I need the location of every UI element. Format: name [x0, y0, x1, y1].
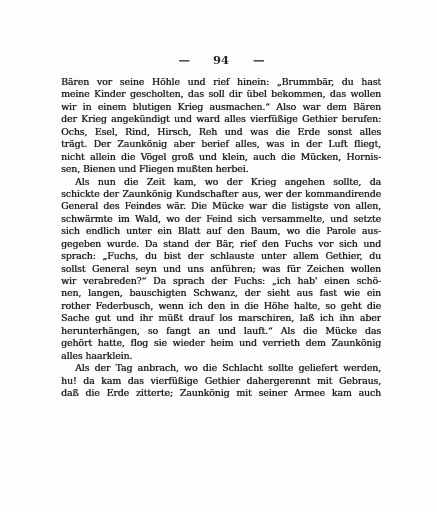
- text-line: schickte der Zaunkönig Kundschafter aus,…: [61, 189, 381, 201]
- text-line: meine Kinder gescholten, das soll dir üb…: [61, 89, 381, 101]
- text-line: gegeben wurde. Da stand der Bär, rief de…: [61, 239, 381, 251]
- text-line: Bären vor seine Höhle und rief hinein: „…: [61, 77, 381, 89]
- text-line: schwärmte im Wald, wo der Feind sich ver…: [61, 214, 381, 226]
- header-rule-right: —: [253, 53, 264, 67]
- text-line: General des Feindes wär. Die Mücke war d…: [61, 201, 381, 213]
- text-line paragraph-start: Als der Tag anbrach, wo die Schlacht sol…: [61, 363, 381, 375]
- text-line: hu! da kam das vierfüßige Gethier daherg…: [61, 376, 381, 388]
- text-line: wir verabreden?“ Da sprach der Fuchs: „i…: [61, 276, 381, 288]
- text-line: sich endlich unter ein Blatt auf den Bau…: [61, 226, 381, 238]
- text-line: daß die Erde zitterte; Zaunkönig mit sei…: [61, 388, 381, 400]
- text-line: nicht allein die Vögel groß und klein, a…: [61, 152, 381, 164]
- text-line: sollst General seyn und uns anführen; wa…: [61, 264, 381, 276]
- body-text: Bären vor seine Höhle und rief hinein: „…: [61, 77, 381, 400]
- header-rule-left: —: [178, 53, 189, 67]
- text-line: rother Federbusch, wenn ich den in die H…: [61, 301, 381, 313]
- text-line: nen, langen, bauschigten Schwanz, der si…: [61, 288, 381, 300]
- text-line: herunterhängen, so fangt an und lauft.“ …: [61, 326, 381, 338]
- text-line: der Krieg angekündigt und ward alles vie…: [61, 114, 381, 126]
- text-line: wir in einem blutigen Krieg ausmachen.“ …: [61, 102, 381, 114]
- book-page: — 94 — Bären vor seine Höhle und rief hi…: [0, 0, 437, 512]
- text-line paragraph-end: alles haarklein.: [61, 351, 381, 363]
- text-line: sprach: „Fuchs, du bist der schlauste un…: [61, 251, 381, 263]
- page-header: — 94 —: [61, 53, 381, 67]
- text-line paragraph-end: sen, Bienen und Fliegen mußten herbei.: [61, 164, 381, 176]
- text-line: Sache gut und ihr müßt drauf los marschi…: [61, 313, 381, 325]
- text-line: trägt. Der Zaunkönig aber berief alles, …: [61, 139, 381, 151]
- text-line: gehört hatte, flog sie wieder heim und v…: [61, 338, 381, 350]
- page-number: 94: [213, 53, 229, 67]
- text-line paragraph-start: Als nun die Zeit kam, wo der Krieg angeh…: [61, 177, 381, 189]
- text-line: Ochs, Esel, Rind, Hirsch, Reh und was di…: [61, 127, 381, 139]
